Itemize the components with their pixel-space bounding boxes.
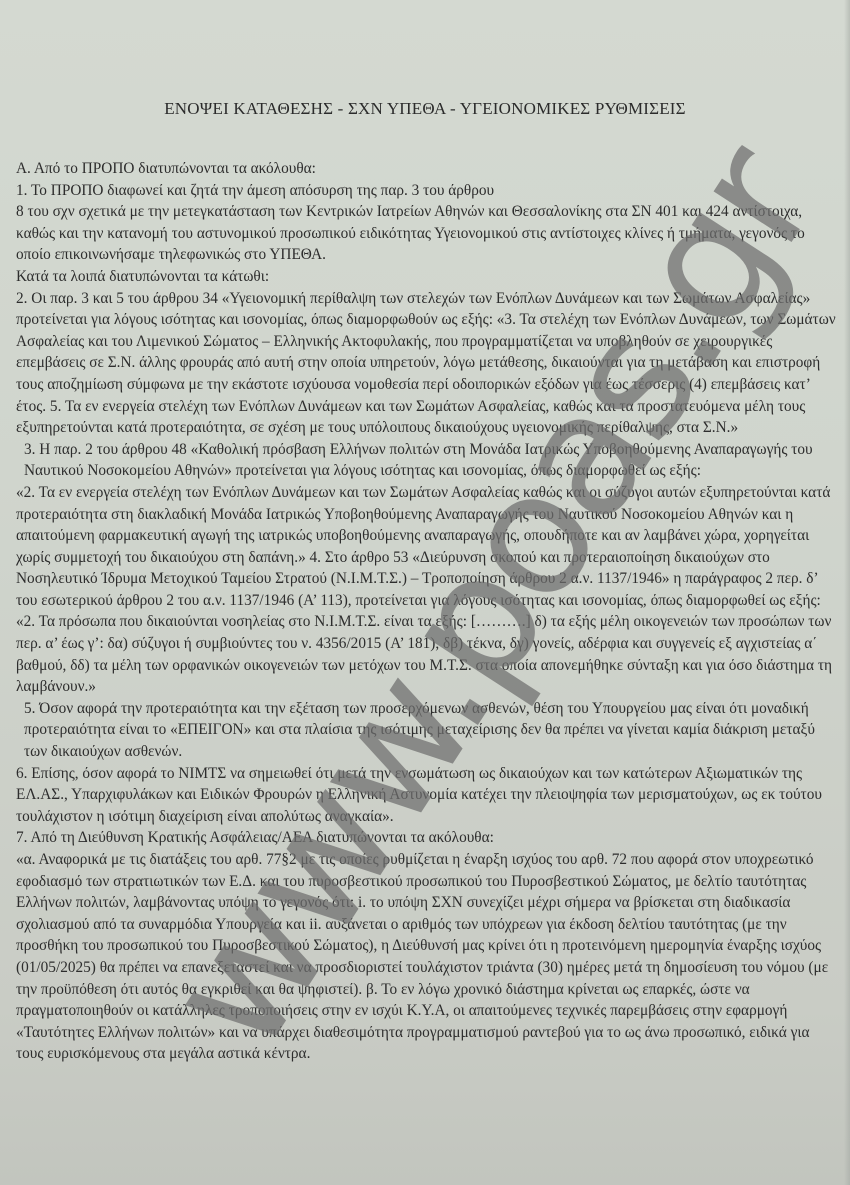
paragraph-6: 6. Επίσης, όσον αφορά το ΝΙΜΤΣ να σημειω… <box>16 763 836 828</box>
document-body: Α. Από το ΠΡΟΠΟ διατυπώνονται τα ακόλουθ… <box>16 158 836 1065</box>
paper-edge-shadow <box>844 0 850 1185</box>
paragraph-1-body: 8 του σχν σχετικά με την μετεγκατάσταση … <box>16 201 836 266</box>
paragraph-remaining: Κατά τα λοιπά διατυπώνονται τα κάτωθι: <box>16 266 836 288</box>
paragraph-1-intro: 1. Το ΠΡΟΠΟ διαφωνεί και ζητά την άμεση … <box>16 180 836 202</box>
paragraph-7: 7. Από τη Διεύθυνση Κρατικής Ασφάλειας/Α… <box>16 827 836 849</box>
document-title: ΕΝΟΨΕΙ ΚΑΤΑΘΕΣΗΣ - ΣΧΝ ΥΠΕΘΑ - ΥΓΕΙΟΝΟΜΙ… <box>0 99 850 119</box>
paragraph-7a: «α. Αναφορικά με τις διατάξεις του αρθ. … <box>16 849 836 1065</box>
paragraph-section-a: Α. Από το ΠΡΟΠΟ διατυπώνονται τα ακόλουθ… <box>16 158 836 180</box>
paragraph-3-quote-and-4: «2. Τα εν ενεργεία στελέχη των Ενόπλων Δ… <box>16 482 836 698</box>
paragraph-5: 5. Όσον αφορά την προτεραιότητα και την … <box>16 698 836 763</box>
document-page: ΕΝΟΨΕΙ ΚΑΤΑΘΕΣΗΣ - ΣΧΝ ΥΠΕΘΑ - ΥΓΕΙΟΝΟΜΙ… <box>0 0 850 1185</box>
paragraph-3: 3. Η παρ. 2 του άρθρου 48 «Καθολική πρόσ… <box>16 439 836 482</box>
paragraph-2: 2. Οι παρ. 3 και 5 του άρθρου 34 «Υγειον… <box>16 288 836 439</box>
